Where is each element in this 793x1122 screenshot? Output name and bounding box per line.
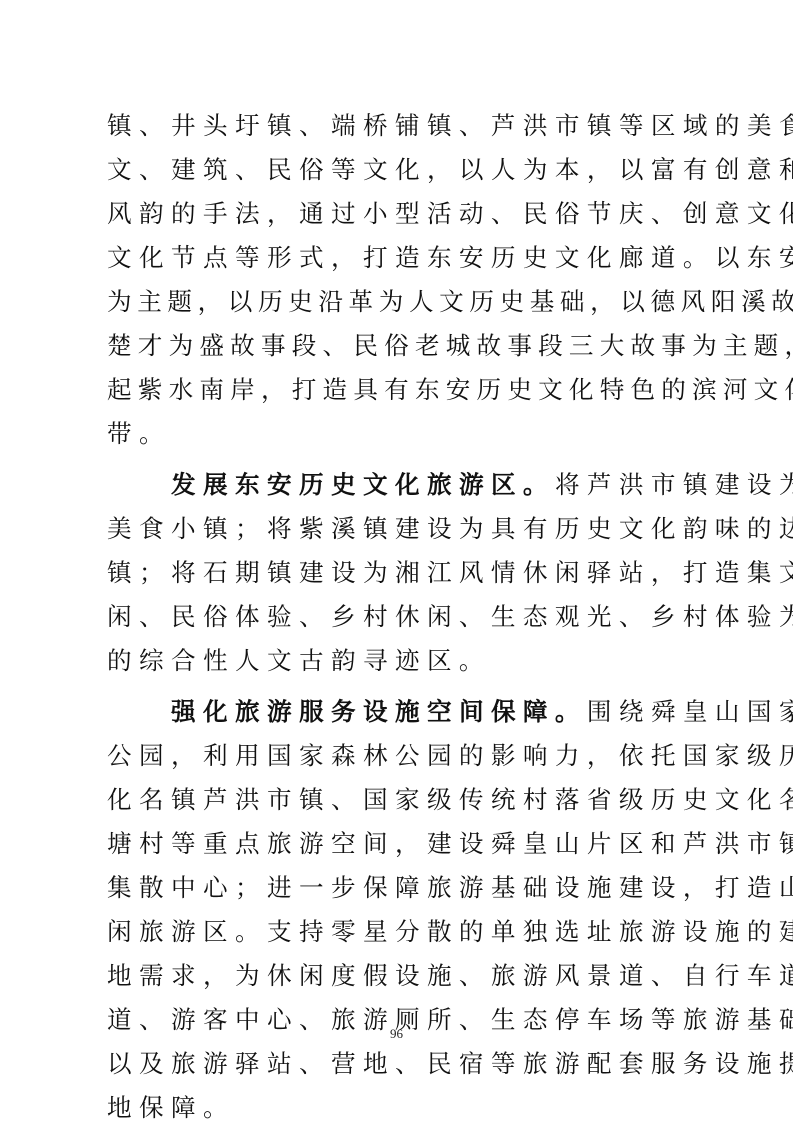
- text-line: 镇、井头圩镇、端桥铺镇、芦洪市镇等区域的美食、人: [107, 104, 687, 148]
- text-line: 集散中心；进一步保障旅游基础设施建设，打造山地休: [107, 866, 687, 910]
- text-line: 化名镇芦洪市镇、国家级传统村落省级历史文化名村横: [107, 778, 687, 822]
- text-line: 闲旅游区。支持零星分散的单独选址旅游设施的建设用: [107, 910, 687, 954]
- text-line: 地保障。: [107, 1086, 687, 1122]
- paragraph-gap: [107, 683, 687, 690]
- paragraph-heading: 发展东安历史文化旅游区。: [171, 470, 555, 499]
- text-line-first: 强化旅游服务设施空间保障。围绕舜皇山国家森林: [107, 690, 687, 734]
- paragraph-gap: [107, 456, 687, 463]
- text-line: 塘村等重点旅游空间，建设舜皇山片区和芦洪市镇旅游: [107, 822, 687, 866]
- text-line: 文、建筑、民俗等文化，以人为本，以富有创意和历史: [107, 148, 687, 192]
- paragraph-continuation: 镇、井头圩镇、端桥铺镇、芦洪市镇等区域的美食、人 文、建筑、民俗等文化，以人为本…: [107, 104, 687, 456]
- text-line: 带。: [107, 412, 687, 456]
- text-line: 风韵的手法，通过小型活动、民俗节庆、创意文化展、: [107, 192, 687, 236]
- text-line: 的综合性人文古韵寻迹区。: [107, 639, 687, 683]
- text-line: 以及旅游驿站、营地、民宿等旅游配套服务设施提供用: [107, 1042, 687, 1086]
- paragraph-cultural-tourism-zone: 发展东安历史文化旅游区。将芦洪市镇建设为特色 美食小镇；将紫溪镇建设为具有历史文…: [107, 463, 687, 683]
- page-number: 96: [0, 1026, 793, 1042]
- document-body: 镇、井头圩镇、端桥铺镇、芦洪市镇等区域的美食、人 文、建筑、民俗等文化，以人为本…: [107, 104, 687, 1122]
- text-line: 文化节点等形式，打造东安历史文化廊道。以东安故事: [107, 236, 687, 280]
- text-line: 美食小镇；将紫溪镇建设为具有历史文化韵味的边贸小: [107, 507, 687, 551]
- text-line: 楚才为盛故事段、民俗老城故事段三大故事为主题，串联: [107, 324, 687, 368]
- paragraph-heading: 强化旅游服务设施空间保障。: [171, 697, 587, 726]
- text-line: 镇；将石期镇建设为湘江风情休闲驿站，打造集文化休: [107, 551, 687, 595]
- paragraph-tourism-facilities: 强化旅游服务设施空间保障。围绕舜皇山国家森林 公园，利用国家森林公园的影响力，依…: [107, 690, 687, 1122]
- text-line-first: 发展东安历史文化旅游区。将芦洪市镇建设为特色: [107, 463, 687, 507]
- text-line: 地需求，为休闲度假设施、旅游风景道、自行车道、步: [107, 954, 687, 998]
- text-line: 公园，利用国家森林公园的影响力，依托国家级历史文: [107, 734, 687, 778]
- heading-followup-text: 将芦洪市镇建设为特色: [555, 470, 793, 499]
- text-line: 闲、民俗体验、乡村休闲、生态观光、乡村体验为一体: [107, 595, 687, 639]
- heading-followup-text: 围绕舜皇山国家森林: [587, 697, 793, 726]
- text-line: 为主题，以历史沿革为人文历史基础，以德风阳溪故事段、: [107, 280, 687, 324]
- text-line: 起紫水南岸，打造具有东安历史文化特色的滨河文化景观: [107, 368, 687, 412]
